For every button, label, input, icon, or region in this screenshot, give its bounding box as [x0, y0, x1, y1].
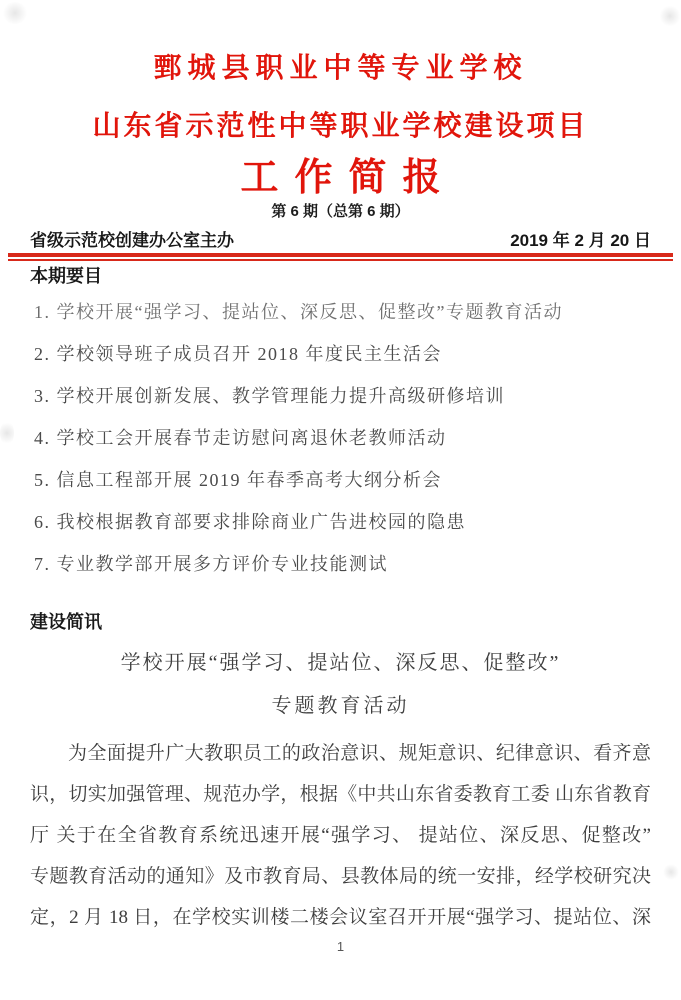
- article-title-line1: 学校开展“强学习、提站位、深反思、促整改”: [30, 651, 651, 675]
- scan-artifact: [2, 2, 28, 24]
- body-line: 厅 关于在全省教育系统迅速开展“强学习、 提站位、深反思、促整改”: [30, 815, 651, 856]
- body-line: 定，2 月 18 日，在学校实训楼二楼会议室召开开展“强学习、提站位、深: [30, 897, 651, 938]
- article-body: 为全面提升广大教职员工的政治意识、规矩意识、纪律意识、看齐意 识，切实加强管理、…: [30, 733, 651, 938]
- rule-thin-bar: [8, 259, 673, 261]
- scan-artifact: [663, 864, 679, 880]
- masthead-row: 省级示范校创建办公室主办 2019 年 2 月 20 日: [30, 231, 651, 250]
- scan-artifact: [0, 420, 14, 446]
- toc-list: 1. 学校开展“强学习、提站位、深反思、促整改”专题教育活动 2. 学校领导班子…: [30, 302, 651, 574]
- toc-item: 4. 学校工会开展春节走访慰问离退休老教师活动: [34, 428, 651, 448]
- issue-number: 第 6 期（总第 6 期）: [30, 202, 651, 221]
- body-line: 专题教育活动的通知》及市教育局、县教体局的统一安排，经学校研究决: [30, 856, 651, 897]
- toc-item: 6. 我校根据教育部要求排除商业广告进校园的隐患: [34, 512, 651, 532]
- toc-item: 3. 学校开展创新发展、教学管理能力提升高级研修培训: [34, 386, 651, 406]
- body-line: 识，切实加强管理、规范办学，根据《中共山东省委教育工委 山东省教育: [30, 774, 651, 815]
- organizer-label: 省级示范校创建办公室主办: [30, 231, 234, 250]
- toc-item: 7. 专业教学部开展多方评价专业技能测试: [34, 554, 651, 574]
- body-line: 为全面提升广大教职员工的政治意识、规矩意识、纪律意识、看齐意: [30, 733, 651, 774]
- page-number: 1: [30, 940, 651, 954]
- article-title-line2: 专题教育活动: [30, 695, 651, 717]
- school-title: 鄄城县职业中等专业学校: [30, 52, 651, 86]
- double-red-rule: [8, 253, 673, 261]
- project-title: 山东省示范性中等职业学校建设项目: [30, 110, 651, 144]
- bulletin-title: 工作简报: [30, 158, 651, 198]
- bulletin-page: 鄄城县职业中等专业学校 山东省示范性中等职业学校建设项目 工作简报 第 6 期（…: [0, 0, 681, 1000]
- toc-heading: 本期要目: [30, 267, 651, 285]
- section-heading: 建设简讯: [30, 613, 651, 631]
- toc-item: 1. 学校开展“强学习、提站位、深反思、促整改”专题教育活动: [34, 302, 651, 322]
- toc-item: 5. 信息工程部开展 2019 年春季高考大纲分析会: [34, 470, 651, 490]
- scan-artifact: [659, 6, 681, 26]
- toc-item: 2. 学校领导班子成员召开 2018 年度民主生活会: [34, 344, 651, 364]
- issue-date: 2019 年 2 月 20 日: [510, 231, 651, 250]
